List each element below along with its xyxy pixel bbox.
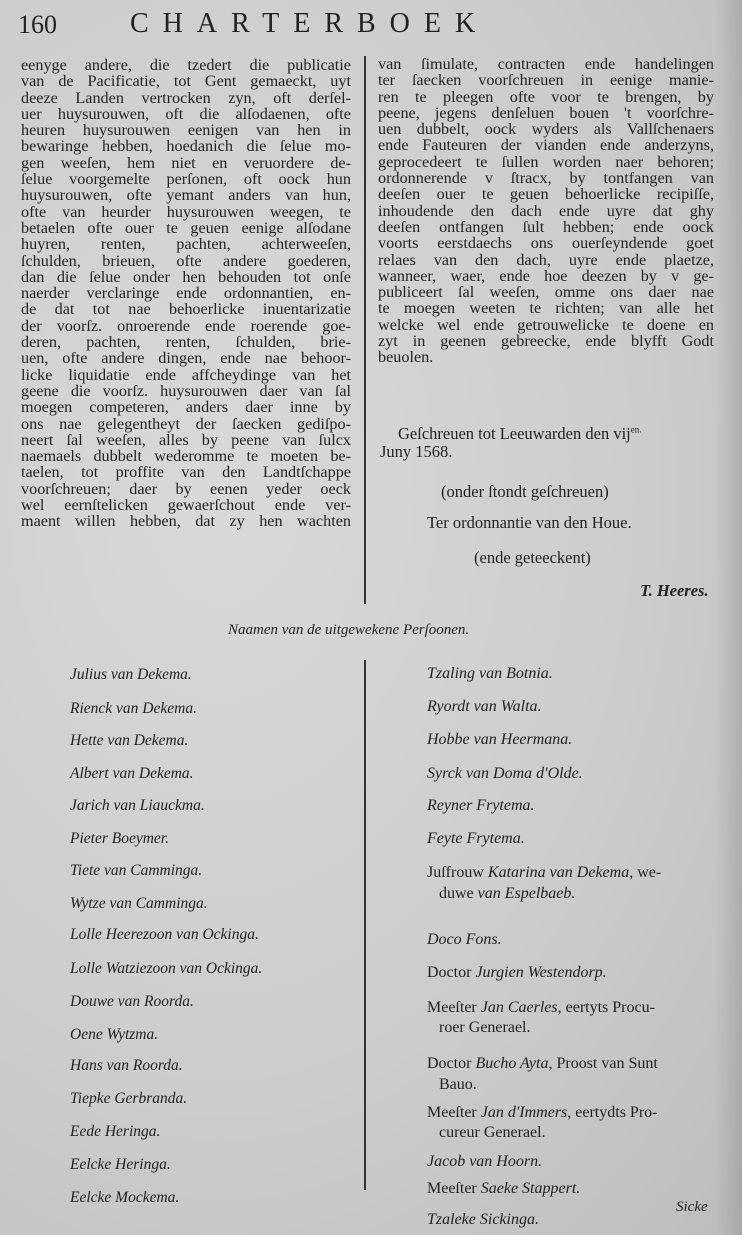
name-part-it: Syrck van Doma d'Olde. — [427, 765, 583, 782]
page-edge-shadow — [714, 0, 742, 1235]
text-line: publiceert ſal weeſen, omme ons daer nae — [378, 284, 714, 300]
text-line: huysurouwen, ofte yemant anders van hun, — [21, 187, 351, 203]
column-divider-top — [364, 56, 366, 604]
dated-line-text: Geſchreuen tot Leeuwarden den vij — [398, 424, 631, 443]
ter-ordonnantie: Ter ordonnantie van den Houe. — [427, 513, 632, 533]
text-line: maent willen hebben, dat zy hen wachten — [21, 513, 351, 529]
text-line: beuolen. — [378, 349, 714, 365]
name-entry: Lolle Heerezoon van Ockinga. — [70, 926, 259, 944]
text-line: der voorſz. onroerende ende roerende goe… — [21, 318, 351, 334]
name-entry: Syrck van Doma d'Olde. — [427, 765, 583, 783]
onder-stondt: (onder ſtondt geſchreuen) — [441, 482, 609, 502]
text-line: ordonnerende v ſtracx, by tontfangen van — [378, 170, 714, 186]
name-entry: Wytze van Camminga. — [70, 895, 208, 913]
text-line: eenyge andere, die tzedert die publicati… — [21, 57, 351, 73]
name-part-pre: Doctor — [427, 1055, 475, 1072]
name-part-pre: Juſfrouw — [427, 864, 488, 881]
name-entry: Doctor Jurgien Westendorp. — [427, 964, 607, 982]
text-line: welcke wel ende getrouwelicke te doene e… — [378, 317, 714, 333]
right-text-column: van ſimulate, contracten ende handelinge… — [378, 56, 714, 366]
text-line: uen, ofte andere dingen, ende nae behoor… — [21, 350, 351, 366]
text-line: zyt in geenen gebreecke, ende blyfft God… — [378, 333, 714, 349]
text-line: van ſimulate, contracten ende handelinge… — [378, 56, 714, 72]
text-line: heuren huysurouwen eenigen van hen in — [21, 122, 351, 138]
name-part-it: Tzaling van Botnia. — [427, 665, 553, 682]
name-entry: Tiete van Camminga. — [70, 862, 202, 880]
text-line: relaes van den dach, uyre ende plaetze, — [378, 252, 714, 268]
name-entry: Julius van Dekema. — [70, 666, 192, 684]
text-line: te moegen weeten te richten; van alle he… — [378, 300, 714, 316]
text-line: ter ſaecken voorſchreuen in eenige manie… — [378, 72, 714, 88]
signature: T. Heeres. — [640, 581, 709, 601]
name-entry: Meeſter Jan d'Immers, eertydts Pro- — [427, 1104, 657, 1122]
name-entry: Lolle Watziezoon van Ockinga. — [70, 960, 262, 978]
name-entry: Doctor Bucho Ayta, Proost van Sunt — [427, 1055, 658, 1073]
name-entry: Hobbe van Heermana. — [427, 731, 572, 749]
text-line: geprocedeert te ſullen worden naer behor… — [378, 154, 714, 170]
text-line: ſelue voorgemelte perſonen, oft oock hun — [21, 171, 351, 187]
text-line: voorts eerstdaechs ons ouerſeyndende goe… — [378, 235, 714, 251]
dated-year: Juny 1568. — [380, 442, 452, 462]
name-entry: Douwe van Roorda. — [70, 993, 194, 1011]
text-line: deeze Landen vertrocken zyn, oft derſel- — [21, 90, 351, 106]
name-part-it: Saeke Stappert. — [481, 1180, 581, 1197]
name-entry: Jarich van Liauckma. — [70, 797, 205, 815]
name-entry: Hans van Roorda. — [70, 1057, 183, 1075]
text-line: huyren, renten, pachten, achterweeſen, — [21, 236, 351, 252]
left-text-column: eenyge andere, die tzedert die publicati… — [21, 57, 351, 530]
name-entry: Feyte Frytema. — [427, 830, 525, 848]
text-line: ons nae gelegentheyt der ſaecken gediſpo… — [21, 416, 351, 432]
name-part-it: Feyte Frytema. — [427, 830, 525, 847]
name-part-it: Jan Caerles — [481, 999, 558, 1016]
name-entry: Jacob van Hoorn. — [427, 1153, 542, 1171]
name-part-pre: Meeſter — [427, 1180, 481, 1197]
text-line: gen weeſen, hem niet en veruordere de- — [21, 155, 351, 171]
name-part-pre: Doctor — [427, 964, 475, 981]
running-title: CHARTERBOEK — [130, 8, 489, 40]
name-entry: duwe van Espelbaeb. — [427, 885, 575, 903]
text-line: geene die voorſz. huysurouwen daer van ſ… — [21, 383, 351, 399]
text-line: naerder verclaringe ende ordonnantien, e… — [21, 285, 351, 301]
name-entry: Hette van Dekema. — [70, 732, 188, 750]
name-part-it: Katarina van Dekema — [488, 864, 629, 881]
text-line: neert ſal weeſen, alles by peene van ſul… — [21, 432, 351, 448]
text-line: de dat tot nae behoerlicke inuentarizati… — [21, 301, 351, 317]
name-part-it: Reyner Frytema. — [427, 797, 535, 814]
name-entry: Reyner Frytema. — [427, 797, 535, 815]
name-part-pre: roer Generael. — [427, 1019, 531, 1036]
names-section-title: Naamen van de uitgewekene Perſoonen. — [228, 622, 469, 639]
name-part-it: Hobbe van Heermana. — [427, 731, 572, 748]
name-entry: Juſfrouw Katarina van Dekema, we- — [427, 864, 661, 882]
name-part-pre: cureur Generael. — [427, 1124, 546, 1141]
name-entry: Oene Wytzma. — [70, 1026, 158, 1044]
text-line: ren te pleegen ofte voor te brengen, by — [378, 89, 714, 105]
text-line: ſchulden, brieuen, ofte andere goederen, — [21, 253, 351, 269]
name-part-it: Bucho Ayta — [475, 1055, 548, 1072]
text-line: deren, pachten, renten, ſchulden, brie- — [21, 334, 351, 350]
name-entry: Eelcke Heringa. — [70, 1156, 171, 1174]
page-number: 160 — [18, 10, 57, 40]
text-line: deeſen ontfangen ſult hebben; ende oock — [378, 219, 714, 235]
name-entry: roer Generael. — [427, 1019, 531, 1037]
text-line: peene, jegens denſeluen bouen 't voorſch… — [378, 105, 714, 121]
ende-geteeckent: (ende geteeckent) — [474, 548, 591, 568]
name-part-it: Tzaleke Sickinga. — [427, 1211, 539, 1228]
name-entry: Meeſter Saeke Stappert. — [427, 1180, 580, 1198]
text-line: ende Fauteuren der vianden ende anderzyn… — [378, 137, 714, 153]
name-entry: Eelcke Mockema. — [70, 1189, 179, 1207]
name-entry: Ryordt van Walta. — [427, 698, 542, 716]
name-part-post: , Proost van Sunt — [548, 1055, 657, 1072]
name-entry: Bauo. — [427, 1076, 477, 1094]
name-entry: Eede Heringa. — [70, 1123, 160, 1141]
name-part-it: Jan d'Immers — [481, 1104, 568, 1121]
column-divider-bottom — [364, 660, 366, 1190]
text-line: deeſen ouer te geuen behoerlicke recipiſ… — [378, 186, 714, 202]
catchword: Sicke — [676, 1199, 708, 1216]
text-line: dan die ſelue onder hen behouden tot onſ… — [21, 269, 351, 285]
text-line: van de Pacificatie, tot Gent gemaeckt, u… — [21, 73, 351, 89]
name-entry: Tzaleke Sickinga. — [427, 1211, 539, 1229]
page-header: 160 CHARTERBOEK — [0, 4, 742, 44]
text-line: voorſchreuen; daer by eenen yeder oeck — [21, 481, 351, 497]
text-line: licke liquidatie ende affcheydinge van h… — [21, 367, 351, 383]
name-part-it: Ryordt van Walta. — [427, 698, 542, 715]
text-line: inhoudende den dach ende uyre dat ghy — [378, 203, 714, 219]
dated-line: Geſchreuen tot Leeuwarden den vijen. — [398, 424, 641, 444]
name-part-post: , eertyts Procu- — [558, 999, 655, 1016]
dated-superscript: en. — [631, 425, 642, 435]
name-entry: Doco Fons. — [427, 931, 502, 949]
name-part-pre: Meeſter — [427, 1104, 481, 1121]
name-part-post: , eertydts Pro- — [567, 1104, 657, 1121]
text-line: wel eernſtelicken gewaerſchout ende ver- — [21, 497, 351, 513]
name-entry: Rienck van Dekema. — [70, 700, 197, 718]
name-entry: Tiepke Gerbranda. — [70, 1090, 187, 1108]
name-entry: Pieter Boeymer. — [70, 830, 169, 848]
name-entry: Meeſter Jan Caerles, eertyts Procu- — [427, 999, 655, 1017]
name-part-it: Jacob van Hoorn. — [427, 1153, 542, 1170]
name-entry: cureur Generael. — [427, 1124, 546, 1142]
name-entry: Albert van Dekema. — [70, 765, 194, 783]
name-part-it: Doco Fons. — [427, 931, 502, 948]
name-part-post: , we- — [629, 864, 661, 881]
text-line: naemaels dubbelt wederomme te moeten be- — [21, 448, 351, 464]
name-part-it: van Espelbaeb. — [478, 885, 576, 902]
name-part-pre: duwe — [427, 885, 478, 902]
name-entry: Tzaling van Botnia. — [427, 665, 553, 683]
text-line: wanneer, waer, ende hoe deezen by v ge- — [378, 268, 714, 284]
text-line: betaelen ofte ouer te geuen eenige alſod… — [21, 220, 351, 236]
name-part-pre: Meeſter — [427, 999, 481, 1016]
text-line: uer huysurouwen, oft die alſodaenen, oft… — [21, 106, 351, 122]
text-line: moegen competeren, anders daer inne by — [21, 399, 351, 415]
text-line: bewaringe hebben, hoedanich die ſelue mo… — [21, 138, 351, 154]
text-line: taelen, tot proffite van den Landtſchapp… — [21, 464, 351, 480]
name-part-it: Jurgien Westendorp. — [475, 964, 606, 981]
book-page: 160 CHARTERBOEK eenyge andere, die tzede… — [0, 0, 742, 1235]
text-line: ofte van heurder huysurouwen weegen, te — [21, 204, 351, 220]
name-part-pre: Bauo. — [427, 1076, 477, 1093]
text-line: uen dubbelt, oock wyders als Vallſchenae… — [378, 121, 714, 137]
